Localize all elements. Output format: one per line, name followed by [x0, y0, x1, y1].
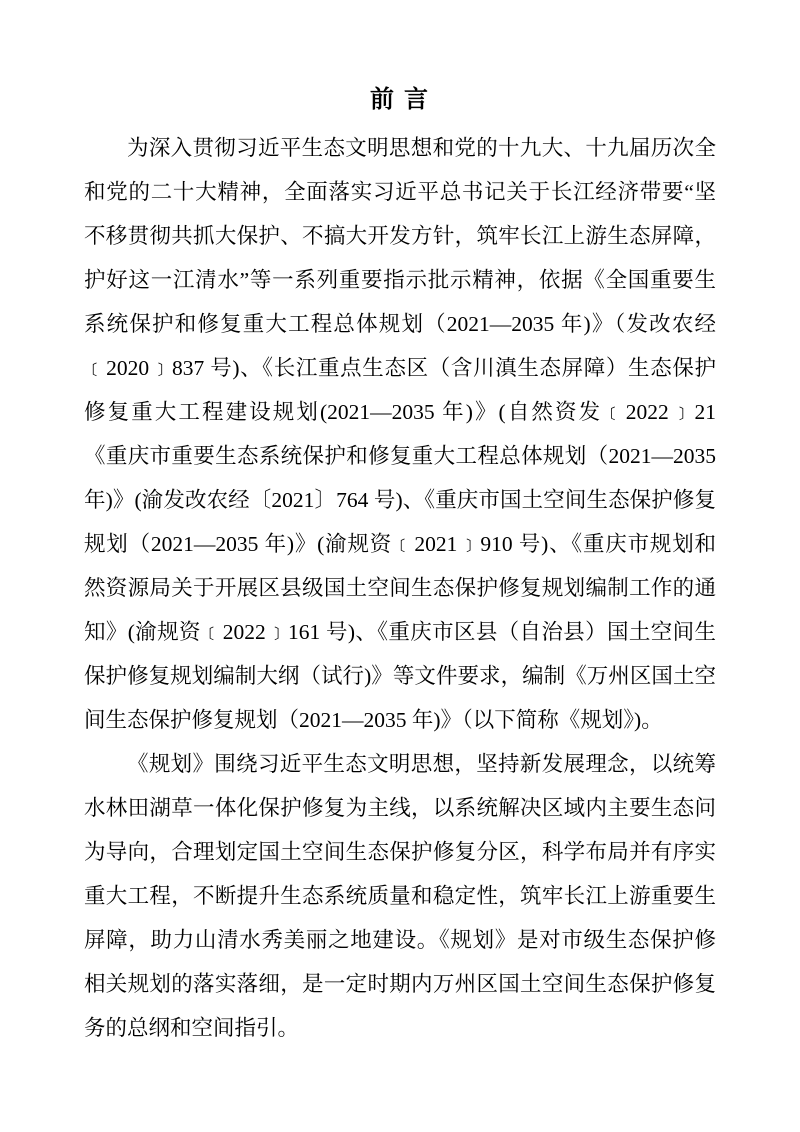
text-line: 重大工程，不断提升生态系统质量和稳定性，筑牢长江上游重要生态 — [84, 874, 716, 918]
text-line: 《规划》围绕习近平生态文明思想，坚持新发展理念，以统筹山 — [84, 742, 716, 786]
text-line: 年)》(渝发改农经〔2021〕764 号)、《重庆市国土空间生态保护修复 — [84, 478, 716, 522]
page-title: 前 言 — [0, 86, 800, 114]
document-page: 前 言 为深入贯彻习近平生态文明思想和党的十九大、十九届历次全会和党的二十大精神… — [0, 0, 800, 1132]
text-line: 相关规划的落实落细，是一定时期内万州区国土空间生态保护修复任 — [84, 962, 716, 1006]
text-line: 不移贯彻共抓大保护、不搞大开发方针，筑牢长江上游生态屏障，守 — [84, 214, 716, 258]
text-line: 和党的二十大精神，全面落实习近平总书记关于长江经济带要“坚定 — [84, 170, 716, 214]
text-line: 护好这一江清水”等一系列重要指示批示精神，依据《全国重要生态 — [84, 258, 716, 302]
text-line: 保护修复规划编制大纲（试行)》等文件要求，编制《万州区国土空 — [84, 654, 716, 698]
text-line: 然资源局关于开展区县级国土空间生态保护修复规划编制工作的通 — [84, 566, 716, 610]
text-line: 修复重大工程建设规划(2021—2035 年)》(自然资发﹝2022﹞21 号)… — [84, 390, 716, 434]
text-line: 系统保护和修复重大工程总体规划（2021—2035 年)》（发改农经 — [84, 302, 716, 346]
text-line: 为深入贯彻习近平生态文明思想和党的十九大、十九届历次全会 — [84, 126, 716, 170]
text-line: 屏障，助力山清水秀美丽之地建设。《规划》是对市级生态保护修复 — [84, 918, 716, 962]
text-line: 知》(渝规资﹝2022﹞161 号)、《重庆市区县（自治县）国土空间生态 — [84, 610, 716, 654]
text-line: 《重庆市重要生态系统保护和修复重大工程总体规划（2021—2035 — [84, 434, 716, 478]
paragraph: 为深入贯彻习近平生态文明思想和党的十九大、十九届历次全会和党的二十大精神，全面落… — [84, 126, 716, 742]
text-line: 务的总纲和空间指引。 — [84, 1006, 716, 1050]
text-line: ﹝2020﹞837 号)、《长江重点生态区（含川滇生态屏障）生态保护和 — [84, 346, 716, 390]
text-line: 规划（2021—2035 年)》(渝规资﹝2021﹞910 号)、《重庆市规划和… — [84, 522, 716, 566]
document-body: 为深入贯彻习近平生态文明思想和党的十九大、十九届历次全会和党的二十大精神，全面落… — [84, 126, 716, 1050]
text-line: 为导向，合理划定国土空间生态保护修复分区，科学布局并有序实施 — [84, 830, 716, 874]
text-line: 水林田湖草一体化保护修复为主线，以系统解决区域内主要生态问题 — [84, 786, 716, 830]
paragraph: 《规划》围绕习近平生态文明思想，坚持新发展理念，以统筹山水林田湖草一体化保护修复… — [84, 742, 716, 1050]
text-line: 间生态保护修复规划（2021—2035 年)》（以下简称《规划》)。 — [84, 698, 716, 742]
